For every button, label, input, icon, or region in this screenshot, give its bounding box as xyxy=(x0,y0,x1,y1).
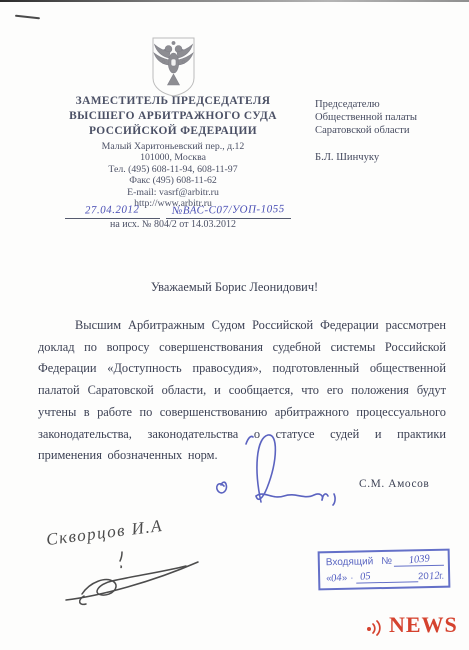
news-label: NEWS xyxy=(389,612,458,638)
address-line: E-mail: vasrf@arbitr.ru xyxy=(33,187,313,198)
stamp-label: Входящий xyxy=(326,556,374,568)
stamp-no-sign: № xyxy=(381,556,392,567)
signature-stroke xyxy=(206,430,374,514)
stamp-row-number: Входящий № 1039 xyxy=(326,554,444,568)
letterhead-title-line: ЗАМЕСТИТЕЛЬ ПРЕДСЕДАТЕЛЯ xyxy=(33,94,313,109)
stamp-number-handwritten: 1039 xyxy=(408,553,430,566)
letterhead-title-line: РОССИЙСКОЙ ФЕДЕРАЦИИ xyxy=(33,124,313,139)
address-line: Факс (495) 608-11-62 xyxy=(33,175,313,186)
stamp-month-handwritten: 05 xyxy=(360,571,371,583)
address-line: 101000, Москва xyxy=(33,152,313,163)
incoming-stamp: Входящий № 1039 « 04 » · 05 20 12 г. xyxy=(318,549,451,591)
ref-outgoing-line: на исх. № 804/2 от 14.03.2012 xyxy=(33,219,313,230)
ref-date-handwritten: 27.04.2012 xyxy=(85,204,140,217)
letterhead-title-line: ВЫСШЕГО АРБИТРАЖНОГО СУДА xyxy=(33,109,313,124)
stamp-row-date: « 04 » · 05 20 12 г. xyxy=(326,570,444,584)
letterhead-title: ЗАМЕСТИТЕЛЬ ПРЕДСЕДАТЕЛЯ ВЫСШЕГО АРБИТРА… xyxy=(33,94,313,139)
stamp-dot: · xyxy=(350,573,353,584)
scan-artifact-top-line xyxy=(0,0,469,2)
ref-number-blank: №ВАС-С07/УОП-1055 xyxy=(166,200,291,219)
news-watermark: NEWS xyxy=(366,612,458,638)
addressee-block: Председателю Общественной палаты Саратов… xyxy=(315,98,417,164)
address-line: Тел. (495) 608-11-94, 608-11-97 xyxy=(33,164,313,175)
addressee-name: Б.Л. Шинчуку xyxy=(315,151,417,164)
annotation-signature-stroke xyxy=(60,550,205,606)
stamp-year-prefix: 20 xyxy=(418,571,429,582)
ref-date-blank: 27.04.2012 xyxy=(65,200,160,219)
coat-of-arms-eagle-icon xyxy=(150,37,197,97)
stamp-month-blank: 05 xyxy=(356,570,418,583)
stamp-quote-close: » xyxy=(342,573,348,584)
salutation: Уважаемый Борис Леонидович! xyxy=(0,280,469,295)
stamp-number-blank: 1039 xyxy=(394,554,444,567)
ref-number-handwritten: №ВАС-С07/УОП-1055 xyxy=(172,203,285,217)
scan-artifact-dash xyxy=(15,15,40,20)
addressee-line: Саратовской области xyxy=(315,124,417,137)
broadcast-icon xyxy=(366,618,384,636)
stamp-year-handwritten: 12 xyxy=(428,571,439,583)
signer-name: С.М. Амосов xyxy=(359,478,429,490)
addressee-line: Общественной палаты xyxy=(315,111,417,124)
scanned-letter-page: ЗАМЕСТИТЕЛЬ ПРЕДСЕДАТЕЛЯ ВЫСШЕГО АРБИТРА… xyxy=(0,0,469,650)
annotation-handwritten-name: Скворцов И.А xyxy=(45,516,164,550)
reference-line: 27.04.2012 №ВАС-С07/УОП-1055 xyxy=(60,202,296,219)
address-line: Малый Харитоньевский пер., д.12 xyxy=(33,141,313,152)
addressee-line: Председателю xyxy=(315,98,417,111)
stamp-day-handwritten: 04 xyxy=(331,573,342,585)
